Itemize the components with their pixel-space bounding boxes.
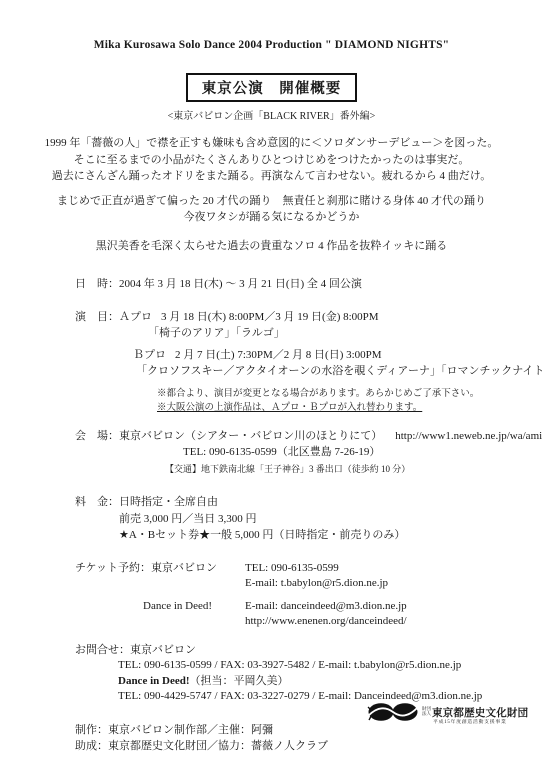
intro-line: そこに至るまでの小品がたくさんありひとつけじめをつけたかったのは事実だ。 [0,152,543,169]
program-b-row: Ｂプロ 2 月 7 日(土) 7:30PM／2 月 8 日(日) 3:00PM [133,349,543,362]
contact-org2-suffix: （担当：平岡久美） [190,675,289,687]
schedule-row: 日 時： 2004 年 3 月 18 日(木) ～ 3 月 21 日(日) 全 … [75,278,543,291]
venue-tel: TEL: 090-6135-0599（北区豊島 7-26-19） [183,446,543,459]
contact-org2-row: Dance in Deed!（担当：平岡久美） [118,674,543,690]
details: 日 時： 2004 年 3 月 18 日(木) ～ 3 月 21 日(日) 全 … [75,278,543,754]
contact-org1: 東京バビロン [130,644,196,656]
intro-line: 今夜ワタシが踊る気になるかどうか [0,209,543,226]
venue-url: http://www1.neweb.ne.jp/wa/ami [395,430,542,443]
schedule-label: 日 時： [75,278,119,291]
foundation-logo: 財団法人東京都歴史文化財団 平成15年度創造活動支援事業 [366,699,528,730]
program-a-dates: 3 月 18 日(木) 8:00PM／3 月 19 日(金) 8:00PM [161,311,379,324]
intro-paragraph-1: 1999 年「薔薇の人」で襟を正すも嫌味も含め意図的に＜ソロダンサーデビュー＞を… [0,135,543,185]
intro-line: 1999 年「薔薇の人」で襟を正すも嫌味も含め意図的に＜ソロダンサーデビュー＞を… [0,135,543,152]
reservation-section: チケット予約：東京バビロン TEL: 090-6135-0599 E-mail:… [75,561,543,629]
venue-access: 【交通】地下鉄南北線「王子神谷」3 番出口（徒歩約 10 分） [165,463,543,476]
reservation-org2-contacts: E-mail: danceindeed@m3.dion.ne.jp http:/… [245,599,543,629]
intro-line: 黒沢美香を毛深く太らせた過去の貴重なソロ 4 作品を抜粋イッキに踊る [0,238,543,255]
reservation-org2: Dance in Deed! [75,599,245,629]
reservation-org2-email: E-mail: danceindeed@m3.dion.ne.jp [245,599,543,614]
program-a-row: Ａプロ 3 月 18 日(木) 8:00PM／3 月 19 日(金) 8:00P… [119,311,543,324]
flyer-page: Mika Kurosawa Solo Dance 2004 Production… [0,0,543,768]
venue-section: 会 場： 東京バビロン（シアター・バビロン川のほとりにて） http://www… [75,430,543,476]
intro-line: まじめで正直が過ぎて偏った 20 才代の踊り 無責任と刹那に賭ける身体 40 才… [0,193,543,210]
price-line-1: 日時指定・全席自由 [119,494,405,511]
venue-name: 東京バビロン（シアター・バビロン川のほとりにて） [119,430,382,443]
contact-org1-line: TEL: 090-6135-0599 / FAX: 03-3927-5482 /… [118,658,543,674]
price-line-3: ★A・Bセット券★一般 5,000 円（日時指定・前売りのみ） [119,527,405,544]
venue-label: 会 場： [75,430,119,443]
program-a-name: Ａプロ [119,311,152,324]
page-title: 東京公演 開催概要 [186,73,358,102]
program-note-1: ※都合より、演目が変更となる場合があります。あらかじめご了承下さい。 [157,387,543,401]
price-line-2: 前売 3,000 円／当日 3,300 円 [119,511,405,528]
intro-paragraph-2: まじめで正直が過ぎて偏った 20 才代の踊り 無責任と刹那に賭ける身体 40 才… [0,193,543,226]
program-b-works: 「クロソフスキー／アクタイオーンの水浴を覗くディアーナ」「ロマンチックナイト」 [136,365,543,378]
schedule-value: 2004 年 3 月 18 日(木) ～ 3 月 21 日(日) 全 4 回公演 [119,278,362,291]
program-label: 演 目： [75,311,119,415]
reservation-org1-contacts: TEL: 090-6135-0599 E-mail: t.babylon@r5.… [245,561,543,591]
program-b-name: Ｂプロ [133,349,166,362]
reservation-org1-email: E-mail: t.babylon@r5.dion.ne.jp [245,576,543,591]
price-section: 料 金： 日時指定・全席自由 前売 3,000 円／当日 3,300 円 ★A・… [75,494,543,544]
program-body: Ａプロ 3 月 18 日(木) 8:00PM／3 月 19 日(金) 8:00P… [119,311,543,415]
contact-label: お問合せ： [75,644,130,656]
contact-row: お問合せ：東京バビロン [75,643,543,659]
price-label: 料 金： [75,494,119,544]
foundation-program: 平成15年度創造活動支援事業 [433,721,528,726]
contact-section: お問合せ：東京バビロン TEL: 090-6135-0599 / FAX: 03… [75,643,543,705]
credits-support: 助成：東京都歴史文化財団／協力：薔薇ノ人クラブ [75,738,543,754]
intro-line: 過去にさんざん踊ったオドリをまた踊る。再演なんて言わせない。疲れるから 4 曲だ… [0,168,543,185]
reservation-label: チケット予約： [75,562,151,574]
foundation-prefix: 財団法人 [422,707,432,717]
program-note-2: ※大阪公演の上演作品は、Ａプロ・Ｂプロが入れ替わります。 [157,401,543,415]
intro-paragraph-3: 黒沢美香を毛深く太らせた過去の貴重なソロ 4 作品を抜粋イッキに踊る [0,238,543,255]
venue-row: 会 場： 東京バビロン（シアター・バビロン川のほとりにて） http://www… [75,430,543,443]
price-body: 日時指定・全席自由 前売 3,000 円／当日 3,300 円 ★A・Bセット券… [119,494,405,544]
reservation-org1-cell: チケット予約：東京バビロン [75,561,245,591]
foundation-name: 東京都歴史文化財団 [432,708,528,719]
reservation-org2-url: http://www.enenen.org/danceindeed/ [245,614,543,629]
reservation-org1-tel: TEL: 090-6135-0599 [245,561,543,576]
program-b-dates: 2 月 7 日(土) 7:30PM／2 月 8 日(日) 3:00PM [175,349,382,362]
title-box-wrap: 東京公演 開催概要 [0,73,543,102]
foundation-logo-text: 財団法人東京都歴史文化財団 平成15年度創造活動支援事業 [422,704,528,726]
program-a-works: 「椅子のアリア」「ラルゴ」 [148,327,543,340]
contact-org2: Dance in Deed! [118,675,190,687]
reservation-org1: 東京バビロン [151,562,217,574]
program-section: 演 目： Ａプロ 3 月 18 日(木) 8:00PM／3 月 19 日(金) … [75,311,543,415]
subtitle: <東京バビロン企画「BLACK RIVER」番外編> [0,107,543,122]
production-title: Mika Kurosawa Solo Dance 2004 Production… [0,39,543,51]
foundation-logo-icon [366,699,420,730]
